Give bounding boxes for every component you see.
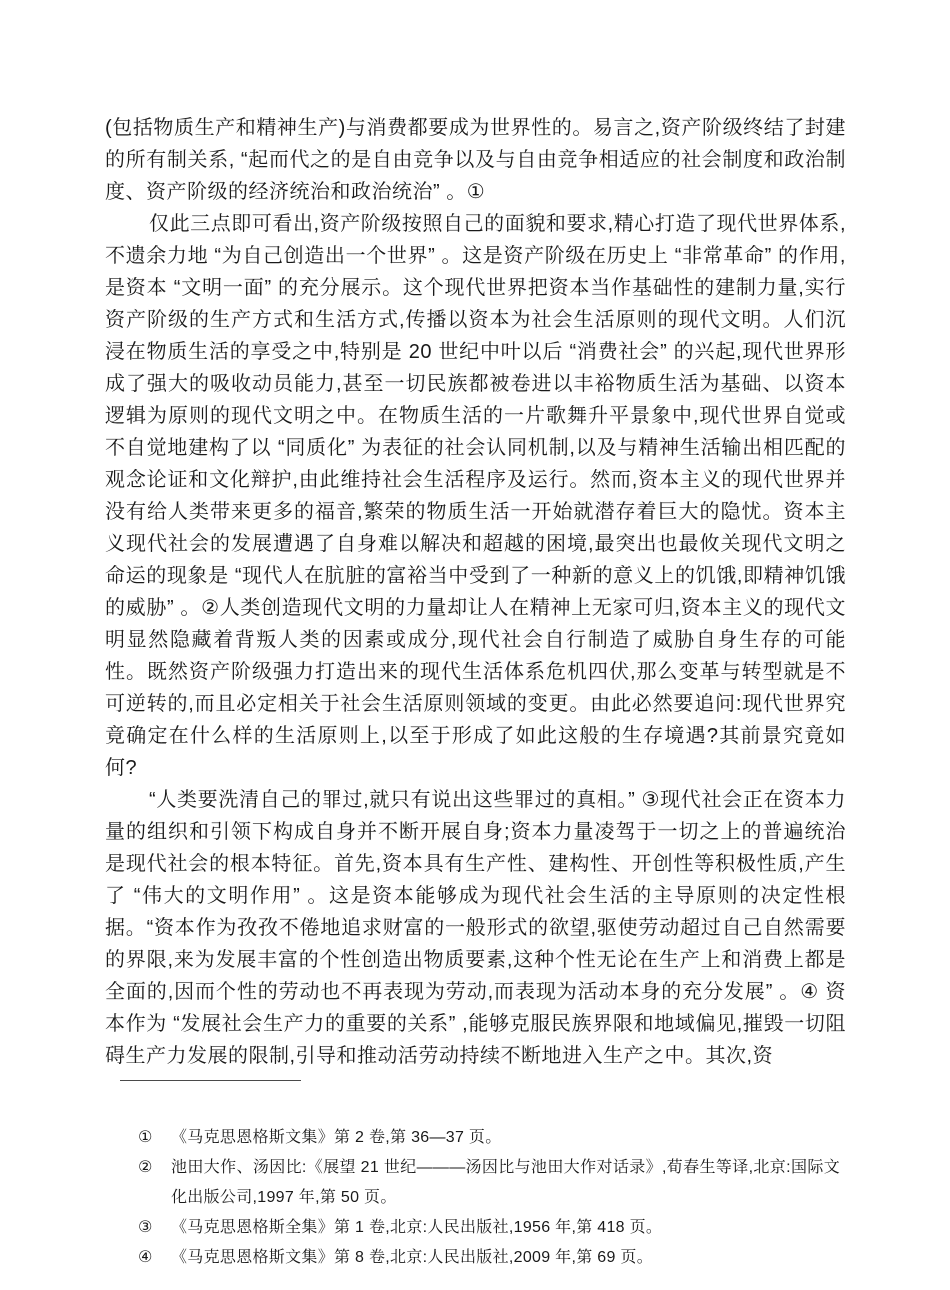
document-page: (包括物质生产和精神生产)与消费都要成为世界性的。易言之,资产阶级终结了封建的所… xyxy=(0,0,950,1290)
footnote-item-2: ② 池田大作、汤因比:《展望 21 世纪———汤因比与池田大作对话录》,荀春生等… xyxy=(138,1153,840,1213)
footnote-marker-4: ④ xyxy=(138,1243,171,1273)
footnote-item-3: ③ 《马克思恩格斯全集》第 1 卷,北京:人民出版社,1956 年,第 418 … xyxy=(138,1213,840,1243)
footnote-text-1: 《马克思恩格斯文集》第 2 卷,第 36—37 页。 xyxy=(171,1123,840,1153)
paragraph-modern-world-system: 仅此三点即可看出,资产阶级按照自己的面貌和要求,精心打造了现代世界体系,不遗余力… xyxy=(105,208,846,784)
paragraph-continuation: (包括物质生产和精神生产)与消费都要成为世界性的。易言之,资产阶级终结了封建的所… xyxy=(105,112,846,208)
footnote-item-4: ④ 《马克思恩格斯文集》第 8 卷,北京:人民出版社,2009 年,第 69 页… xyxy=(138,1243,840,1273)
footnote-item-1: ① 《马克思恩格斯文集》第 2 卷,第 36—37 页。 xyxy=(138,1123,840,1153)
footnote-marker-3: ③ xyxy=(138,1213,171,1243)
footnote-marker-1: ① xyxy=(138,1123,171,1153)
footnote-text-2: 池田大作、汤因比:《展望 21 世纪———汤因比与池田大作对话录》,荀春生等译,… xyxy=(171,1153,840,1213)
footnote-separator-rule xyxy=(120,1080,301,1081)
footnote-text-3: 《马克思恩格斯全集》第 1 卷,北京:人民出版社,1956 年,第 418 页。 xyxy=(171,1213,840,1243)
paragraph-capital-power: “人类要洗清自己的罪过,就只有说出这些罪过的真相。” ③现代社会正在资本力量的组… xyxy=(105,784,846,1072)
footnote-marker-2: ② xyxy=(138,1153,171,1183)
footnotes-section: ① 《马克思恩格斯文集》第 2 卷,第 36—37 页。 ② 池田大作、汤因比:… xyxy=(105,1123,840,1273)
footnote-text-4: 《马克思恩格斯文集》第 8 卷,北京:人民出版社,2009 年,第 69 页。 xyxy=(171,1243,840,1273)
article-body: (包括物质生产和精神生产)与消费都要成为世界性的。易言之,资产阶级终结了封建的所… xyxy=(105,112,846,1072)
